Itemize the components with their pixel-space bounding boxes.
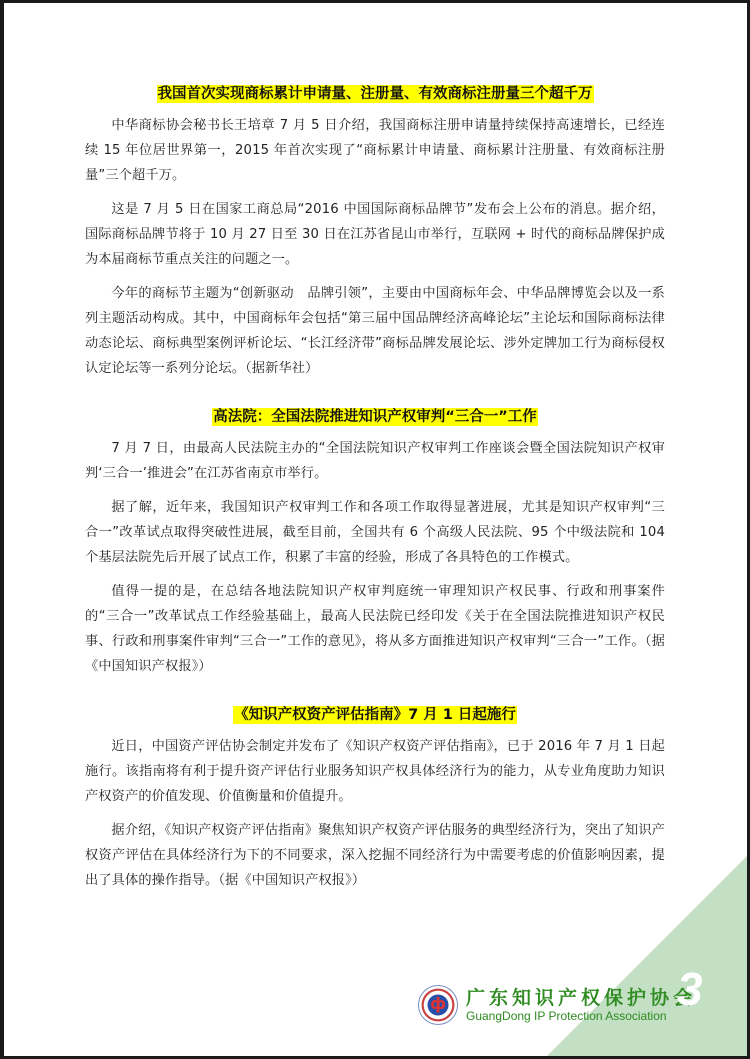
paragraph: 7 月 7 日，由最高人民法院主办的“全国法院知识产权审判工作座谈会暨全国法院知… [85,436,665,486]
section-title: 《知识产权资产评估指南》7 月 1 日起施行 [85,703,665,724]
association-emblem-icon [418,985,458,1025]
paragraph: 据了解，近年来，我国知识产权审判工作和各项工作取得显著进展，尤其是知识产权审判“… [85,495,665,570]
paragraph: 据介绍，《知识产权资产评估指南》聚焦知识产权资产评估服务的典型经济行为，突出了知… [85,818,665,893]
paragraph: 今年的商标节主题为“创新驱动 品牌引领”，主要由中国商标年会、中华品牌博览会以及… [85,281,665,381]
news-section-court: 高法院：全国法院推进知识产权审判“三合一”工作 7 月 7 日，由最高人民法院主… [85,405,665,679]
footer-branding: 广东知识产权保护协会 GuangDong IP Protection Assoc… [418,985,696,1025]
paragraph: 这是 7 月 5 日在国家工商总局“2016 中国国际商标品牌节”发布会上公布的… [85,197,665,272]
paragraph: 近日，中国资产评估协会制定并发布了《知识产权资产评估指南》，已于 2016 年 … [85,734,665,809]
paragraph: 中华商标协会秘书长王培章 7 月 5 日介绍，我国商标注册申请量持续保持高速增长… [85,113,665,188]
paragraph: 值得一提的是，在总结各地法院知识产权审判庭统一审理知识产权民事、行政和刑事案件的… [85,579,665,679]
page-number: 3 [677,962,703,1016]
org-name-chinese: 广东知识产权保护协会 [466,987,696,1009]
organization-name: 广东知识产权保护协会 GuangDong IP Protection Assoc… [466,987,696,1024]
org-name-english: GuangDong IP Protection Association [466,1009,696,1024]
news-section-trademark: 我国首次实现商标累计申请量、注册量、有效商标注册量三个超千万 中华商标协会秘书长… [85,82,665,381]
news-section-valuation-guide: 《知识产权资产评估指南》7 月 1 日起施行 近日，中国资产评估协会制定并发布了… [85,703,665,893]
section-title: 我国首次实现商标累计申请量、注册量、有效商标注册量三个超千万 [85,82,665,103]
section-title: 高法院：全国法院推进知识产权审判“三合一”工作 [85,405,665,426]
article-content: 我国首次实现商标累计申请量、注册量、有效商标注册量三个超千万 中华商标协会秘书长… [85,82,665,917]
